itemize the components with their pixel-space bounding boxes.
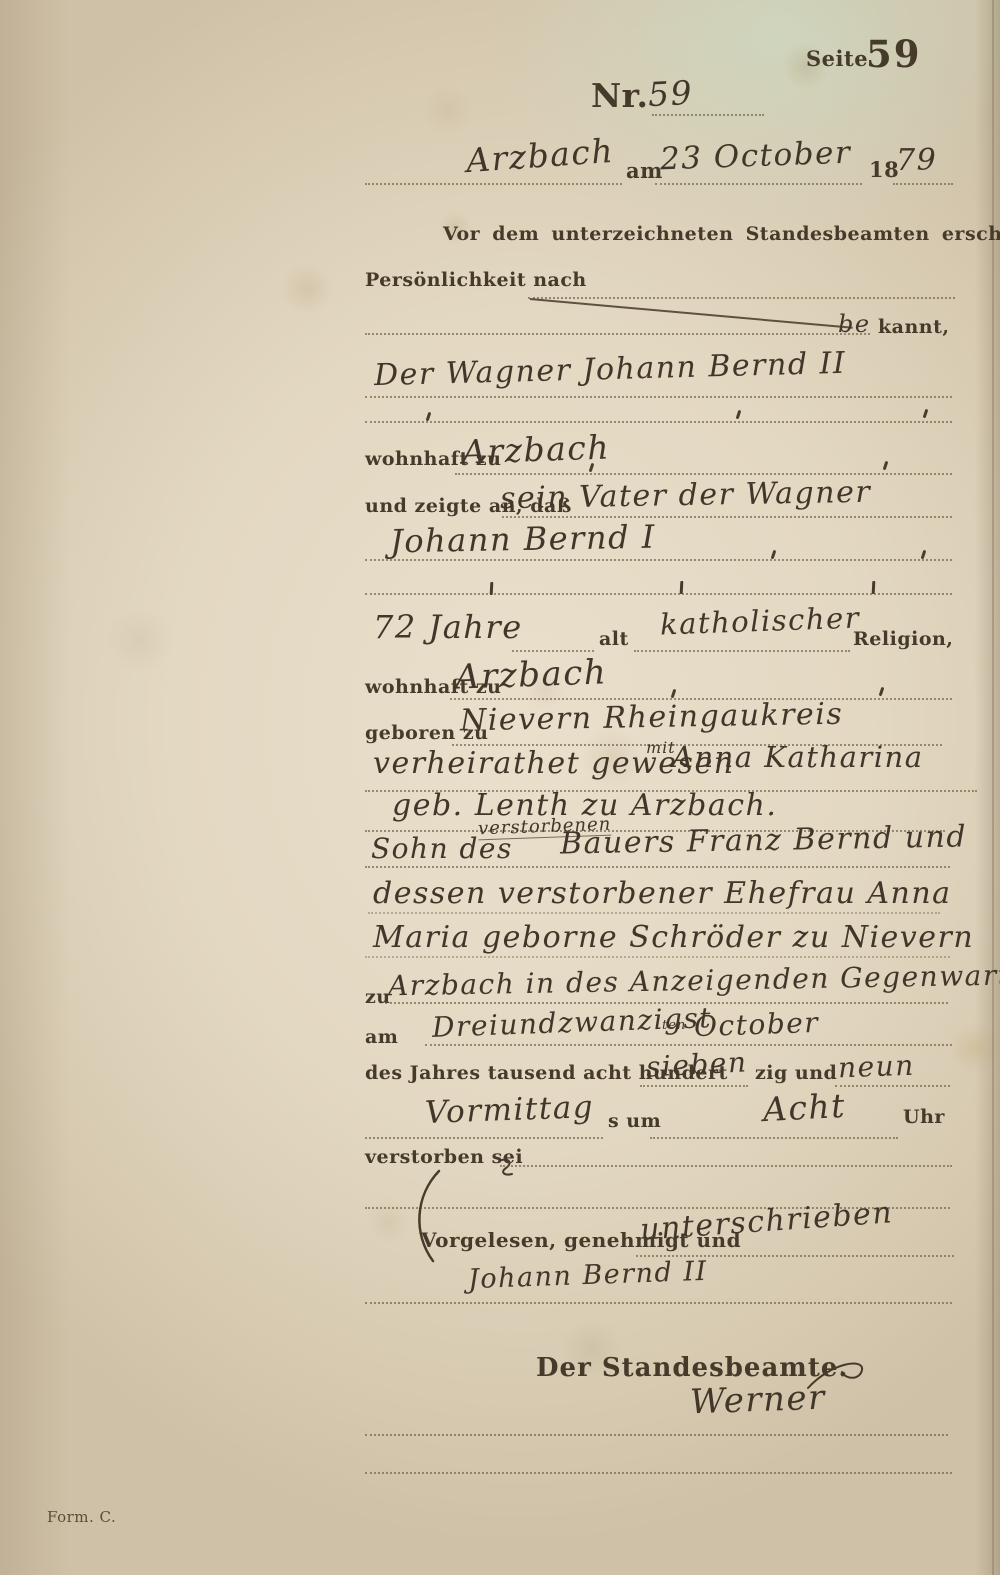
dateline-am-label: am — [626, 158, 663, 183]
dotted-line — [365, 593, 952, 595]
pen-tick — [923, 409, 928, 418]
record-number-label: Nr. — [591, 76, 649, 115]
dotted-line — [650, 1137, 898, 1139]
parents-mother2: Maria geborne Schröder zu Nievern — [373, 920, 974, 955]
death-hour: Acht — [762, 1086, 847, 1129]
dotted-line — [528, 297, 955, 299]
dotted-line — [455, 473, 952, 475]
dateline-year-written: 79 — [896, 143, 937, 178]
intro-line2: Persönlichkeit nach — [365, 269, 587, 291]
page-label: Seite — [806, 46, 868, 71]
declarant-name-line: Der Wagner Johann Bernd II — [374, 346, 847, 393]
religion-label: Religion, — [853, 628, 953, 650]
dotted-line — [425, 1044, 952, 1046]
dotted-line — [365, 333, 870, 335]
death-year-tens: sieben — [645, 1045, 748, 1083]
pen-squiggle — [498, 1156, 524, 1178]
pen-tick — [879, 687, 884, 696]
dotted-line — [512, 650, 594, 652]
death-month: October — [693, 1006, 819, 1043]
pen-tick — [921, 550, 926, 559]
deceased-age: 72 Jahre — [373, 608, 523, 646]
alt-label: alt — [599, 628, 629, 650]
dotted-line — [655, 183, 862, 185]
dotted-line — [368, 912, 940, 914]
father-name: Johann Bernd I — [390, 518, 656, 561]
death-am-label: am — [365, 1026, 398, 1048]
registrar-signature: Werner — [689, 1378, 826, 1423]
dotted-line — [640, 1085, 748, 1087]
death-year-ones: neun — [837, 1049, 915, 1085]
deceased-birthplace: Nievern Rheingaukreis — [460, 697, 844, 739]
page-number: 59 — [866, 32, 922, 76]
pen-tick — [736, 410, 741, 419]
dotted-line — [365, 1137, 603, 1139]
dotted-line — [634, 650, 850, 652]
death-zig-und: zig und — [755, 1062, 837, 1084]
declarant-statement: sein Vater der Wagner — [500, 475, 872, 516]
ink-stroke-diagonal — [530, 298, 853, 329]
parents-mother1: dessen verstorbener Ehefrau Anna — [373, 876, 952, 911]
dotted-line — [500, 1165, 952, 1167]
pen-tick — [671, 689, 676, 698]
dotted-line — [365, 866, 950, 868]
unterschrieben-handwritten: unterschrieben — [639, 1195, 894, 1248]
death-time-of-day: Vormittag — [424, 1089, 594, 1131]
dateline-day-month: 23 October — [659, 135, 851, 178]
intro-line1: Vor dem unterzeichneten Standesbeamten e… — [443, 223, 1000, 245]
dotted-line — [365, 559, 952, 561]
dotted-line — [365, 396, 952, 398]
intro-kannt: kannt, — [878, 316, 950, 338]
death-uhr-label: Uhr — [903, 1106, 945, 1128]
dotted-line — [365, 1472, 952, 1474]
form-label: Form. C. — [47, 1508, 116, 1526]
pen-tick — [771, 550, 776, 559]
dateline-place: Arzbach — [465, 131, 615, 180]
deceased-residence: Arzbach — [454, 652, 608, 697]
dateline-year-printed: 18 — [869, 157, 899, 182]
death-s-um: s um — [608, 1110, 661, 1132]
pen-tick — [883, 461, 888, 470]
dotted-line — [502, 516, 952, 518]
dotted-line — [893, 183, 953, 185]
dotted-line — [835, 1085, 950, 1087]
pen-tick — [426, 412, 431, 421]
dotted-line — [365, 421, 952, 423]
deceased-religion: katholischer — [659, 601, 860, 642]
death-place-line: Arzbach in des Anzeigenden Gegenwart — [388, 959, 1000, 1003]
death-day-suffix: ten — [662, 1018, 686, 1033]
declarant-residence: Arzbach — [461, 427, 610, 471]
parents-father: Bauers Franz Bernd und — [560, 819, 968, 861]
dotted-line — [365, 183, 622, 185]
death-register-page: Seite 59 Nr. 59 Arzbach am 23 October 18… — [0, 0, 1000, 1575]
dotted-line — [365, 1434, 948, 1436]
death-zu-label: zu — [365, 986, 391, 1008]
declarant-signature: Johann Bernd II — [468, 1256, 709, 1295]
dotted-line — [365, 956, 950, 958]
dotted-line — [365, 1302, 952, 1304]
record-number-value: 59 — [647, 73, 694, 114]
marital-wife-name: Anna Katharina — [672, 740, 924, 774]
dotted-line — [652, 114, 764, 116]
